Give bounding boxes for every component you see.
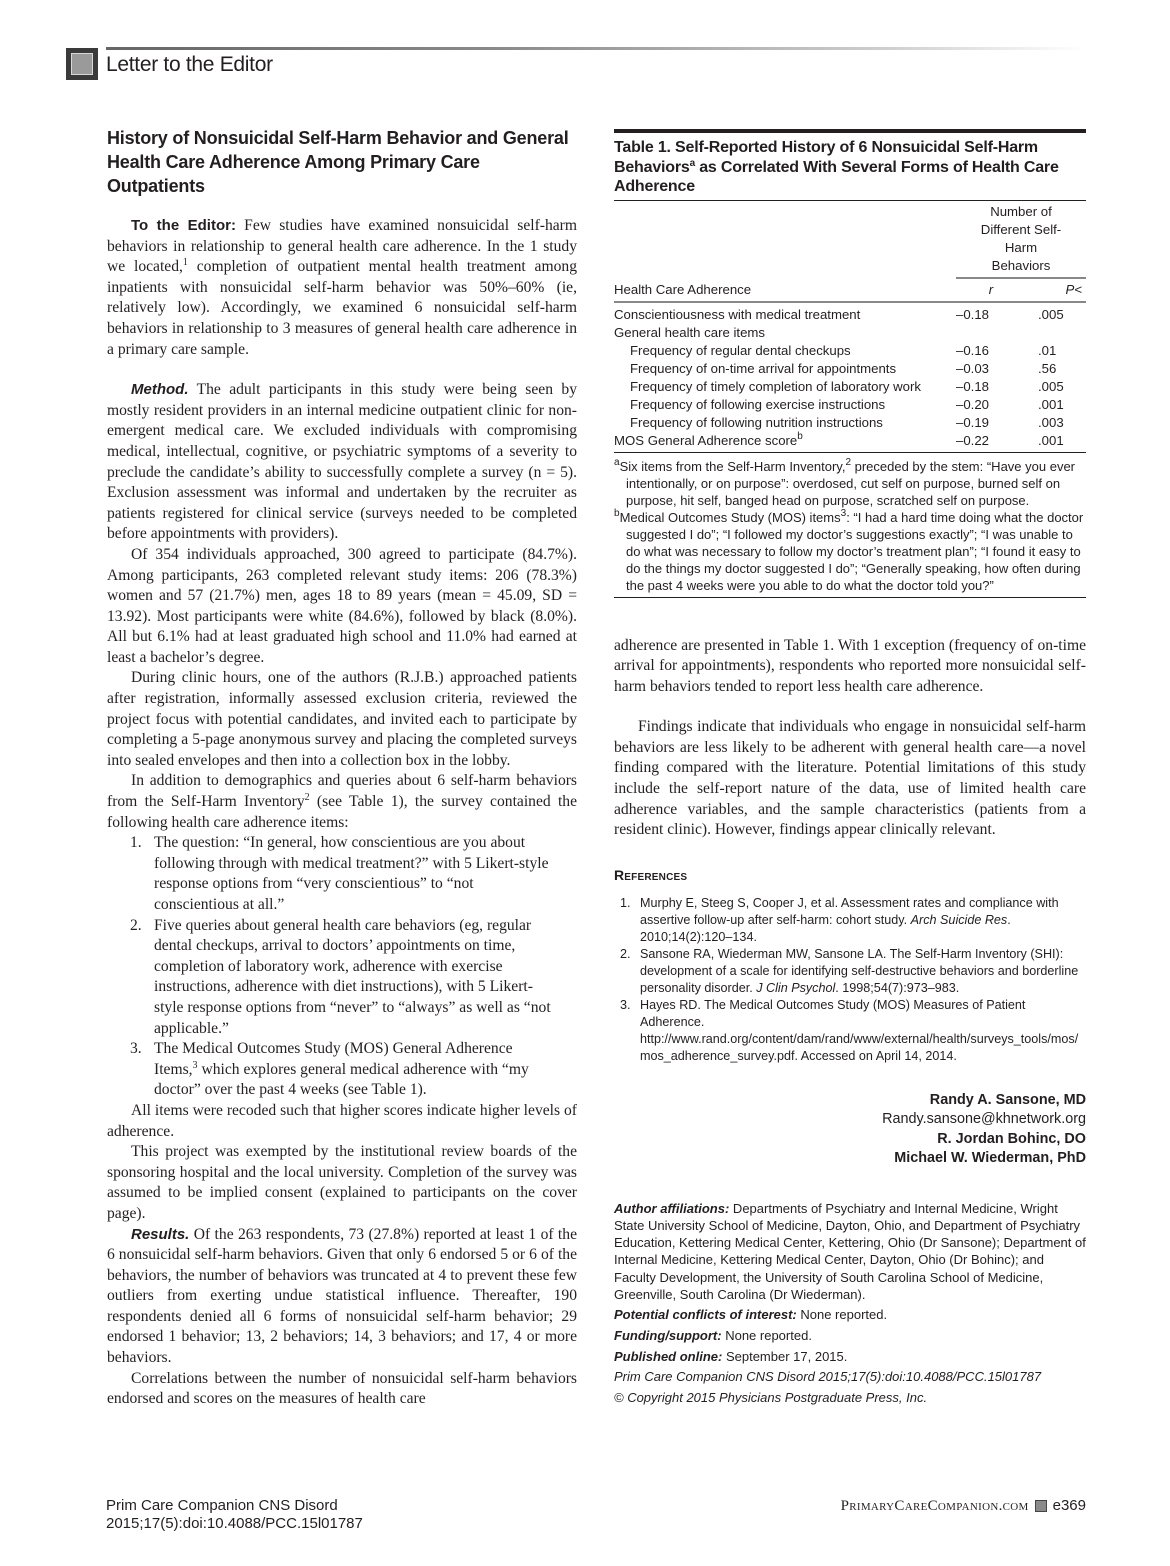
r-value: –0.22 [956,432,1026,453]
r-value: –0.19 [956,414,1026,432]
author-name: Michael W. Wiederman, PhD [614,1149,1086,1169]
results-paragraph: adherence are presented in Table 1. With… [614,636,1086,698]
conclusion-paragraph: Findings indicate that individuals who e… [614,717,1086,841]
group-header-text: Number of Different Self-Harm Behaviors [975,203,1067,275]
footnote-marker: b [797,431,803,442]
row-label: MOS General Adherence scoreb [614,432,956,453]
method-paragraph: This project was exempted by the institu… [107,1142,577,1224]
row-label: Frequency of on-time arrival for appoint… [614,360,956,378]
footnote-b: bMedical Outcomes Study (MOS) items3: “I… [614,509,1086,594]
table-row: Frequency of on-time arrival for appoint… [614,360,1086,378]
footer-doi: 2015;17(5):doi:10.4088/PCC.15l01787 [106,1515,363,1533]
list-item: 3.The Medical Outcomes Study (MOS) Gener… [154,1039,577,1101]
reference-text: . 1998;54(7):973–983. [835,981,959,995]
adherence-items-list: 1.The question: “In general, how conscie… [107,833,577,1101]
author-email-link[interactable]: Randy.sansone@khnetwork.org [614,1110,1086,1130]
footnote-text: Medical Outcomes Study (MOS) items [620,510,841,525]
group-header: Number of Different Self-Harm Behaviors [956,201,1086,278]
p-value: .003 [1026,414,1086,432]
r-value: –0.18 [956,378,1026,396]
reference-item: 3.Hayes RD. The Medical Outcomes Study (… [640,997,1086,1065]
row-label-text: MOS General Adherence score [614,433,797,448]
references-heading: References [614,867,1086,883]
list-number: 1. [130,833,142,854]
intro-lead: To the Editor: [131,217,236,234]
published-note: Published online: September 17, 2015. [614,1348,1086,1365]
footer-page-info: PrimaryCareCompanion.com e369 [841,1497,1086,1515]
row-label: Frequency of timely completion of labora… [614,378,956,396]
author-affiliations: Author affiliations: Departments of Psyc… [614,1200,1086,1303]
row-label: Frequency of following nutrition instruc… [614,414,956,432]
table-row: Conscientiousness with medical treatment… [614,302,1086,324]
note-label: Potential conflicts of interest: [614,1307,797,1322]
note-text: None reported. [722,1328,812,1343]
article-body: To the Editor: Few studies have examined… [107,216,577,1410]
author-block: Randy A. Sansone, MD Randy.sansone@khnet… [614,1091,1086,1169]
method-lead: Method. [131,381,189,398]
article-notes: Author affiliations: Departments of Psyc… [614,1200,1086,1406]
article-body-continued: adherence are presented in Table 1. With… [614,636,1086,841]
list-item: 2.Five queries about general health care… [154,916,577,1040]
table-row: MOS General Adherence scoreb –0.22 .001 [614,432,1086,453]
left-column: History of Nonsuicidal Self-Harm Behavio… [107,126,577,1410]
r-value [956,324,1026,342]
list-number: 3. [130,1039,142,1060]
note-text: September 17, 2015. [722,1349,847,1364]
reference-url-text[interactable]: Hayes RD. The Medical Outcomes Study (MO… [640,998,1078,1063]
footer-journal-name: Prim Care Companion CNS Disord [106,1497,363,1515]
table-row: General health care items [614,324,1086,342]
reference-item: 1.Murphy E, Steeg S, Cooper J, et al. As… [640,895,1086,946]
table-1: Table 1. Self-Reported History of 6 Nons… [614,129,1086,598]
results-text: Of the 263 respondents, 73 (27.8%) repor… [107,1226,577,1367]
p-value [1026,324,1086,342]
r-value: –0.03 [956,360,1026,378]
method-paragraph: All items were recoded such that higher … [107,1101,577,1142]
row-label: Frequency of following exercise instruct… [614,396,956,414]
column-header-p: P< [1026,278,1086,302]
note-label: Published online: [614,1349,722,1364]
section-marker-icon [66,48,98,80]
list-text: The question: “In general, how conscient… [154,834,549,913]
r-value: –0.18 [956,302,1026,324]
reference-number: 3. [620,997,631,1014]
intro-paragraph: To the Editor: Few studies have examined… [107,216,577,360]
reference-number: 2. [620,946,631,963]
section-label: Letter to the Editor [106,53,273,77]
table-row: Frequency of following nutrition instruc… [614,414,1086,432]
row-label: General health care items [614,324,956,342]
row-label: Conscientiousness with medical treatment [614,302,956,324]
method-paragraph: Of 354 individuals approached, 300 agree… [107,545,577,669]
table-row: Frequency of regular dental checkups –0.… [614,342,1086,360]
method-paragraph: Method. The adult participants in this s… [107,380,577,545]
list-item: 1.The question: “In general, how conscie… [154,833,577,915]
journal-name: J Clin Psychol [756,981,835,995]
list-number: 2. [130,916,142,937]
results-paragraph: Correlations between the number of nonsu… [107,1369,577,1410]
author-name: R. Jordan Bohinc, DO [614,1130,1086,1150]
list-text: which explores general medical adherence… [154,1061,529,1099]
p-value: .005 [1026,378,1086,396]
row-label: Frequency of regular dental checkups [614,342,956,360]
copyright-line: © Copyright 2015 Physicians Postgraduate… [614,1389,1086,1406]
page-number: e369 [1053,1497,1086,1515]
results-lead: Results. [131,1226,189,1243]
p-value: .001 [1026,396,1086,414]
footer-journal: Prim Care Companion CNS Disord 2015;17(5… [106,1497,363,1533]
square-bullet-icon [1035,1500,1047,1512]
p-value: .005 [1026,302,1086,324]
footnote-text: Six items from the Self-Harm Inventory, [620,459,846,474]
r-value: –0.16 [956,342,1026,360]
article-title: History of Nonsuicidal Self-Harm Behavio… [107,126,577,198]
method-text: The adult participants in this study wer… [107,381,577,542]
journal-name: Arch Suicide Res [911,913,1008,927]
column-header-r: r [956,278,1026,302]
table-group-header-row: Number of Different Self-Harm Behaviors [614,201,1086,278]
conflicts-note: Potential conflicts of interest: None re… [614,1306,1086,1323]
note-label: Author affiliations: [614,1201,729,1216]
column-header-p-text: P< [1066,282,1083,297]
reference-item: 2.Sansone RA, Wiederman MW, Sansone LA. … [640,946,1086,997]
method-paragraph: During clinic hours, one of the authors … [107,668,577,771]
list-text: Five queries about general health care b… [154,917,551,1037]
note-label: Funding/support: [614,1328,722,1343]
table-row: Frequency of timely completion of labora… [614,378,1086,396]
method-paragraph: In addition to demographics and queries … [107,771,577,833]
reference-number: 1. [620,895,631,912]
p-value: .001 [1026,432,1086,453]
table-caption: Table 1. Self-Reported History of 6 Nons… [614,133,1086,201]
references-list: 1.Murphy E, Steeg S, Cooper J, et al. As… [614,895,1086,1065]
results-paragraph: Results. Of the 263 respondents, 73 (27.… [107,1225,577,1369]
footer-site-link[interactable]: PrimaryCareCompanion.com [841,1497,1029,1515]
p-value: .56 [1026,360,1086,378]
correlation-table: Number of Different Self-Harm Behaviors … [614,201,1086,453]
r-value: –0.20 [956,396,1026,414]
table-footnotes: aSix items from the Self-Harm Inventory,… [614,453,1086,598]
right-column: Table 1. Self-Reported History of 6 Nons… [614,129,1086,1409]
header-rule [106,47,1086,50]
p-value: .01 [1026,342,1086,360]
table-row: Frequency of following exercise instruct… [614,396,1086,414]
citation-line: Prim Care Companion CNS Disord 2015;17(5… [614,1368,1086,1385]
author-name: Randy A. Sansone, MD [614,1091,1086,1111]
table-header-row: Health Care Adherence r P< [614,278,1086,302]
funding-note: Funding/support: None reported. [614,1327,1086,1344]
footnote-a: aSix items from the Self-Harm Inventory,… [614,458,1086,509]
note-text: None reported. [797,1307,887,1322]
row-header: Health Care Adherence [614,278,956,302]
